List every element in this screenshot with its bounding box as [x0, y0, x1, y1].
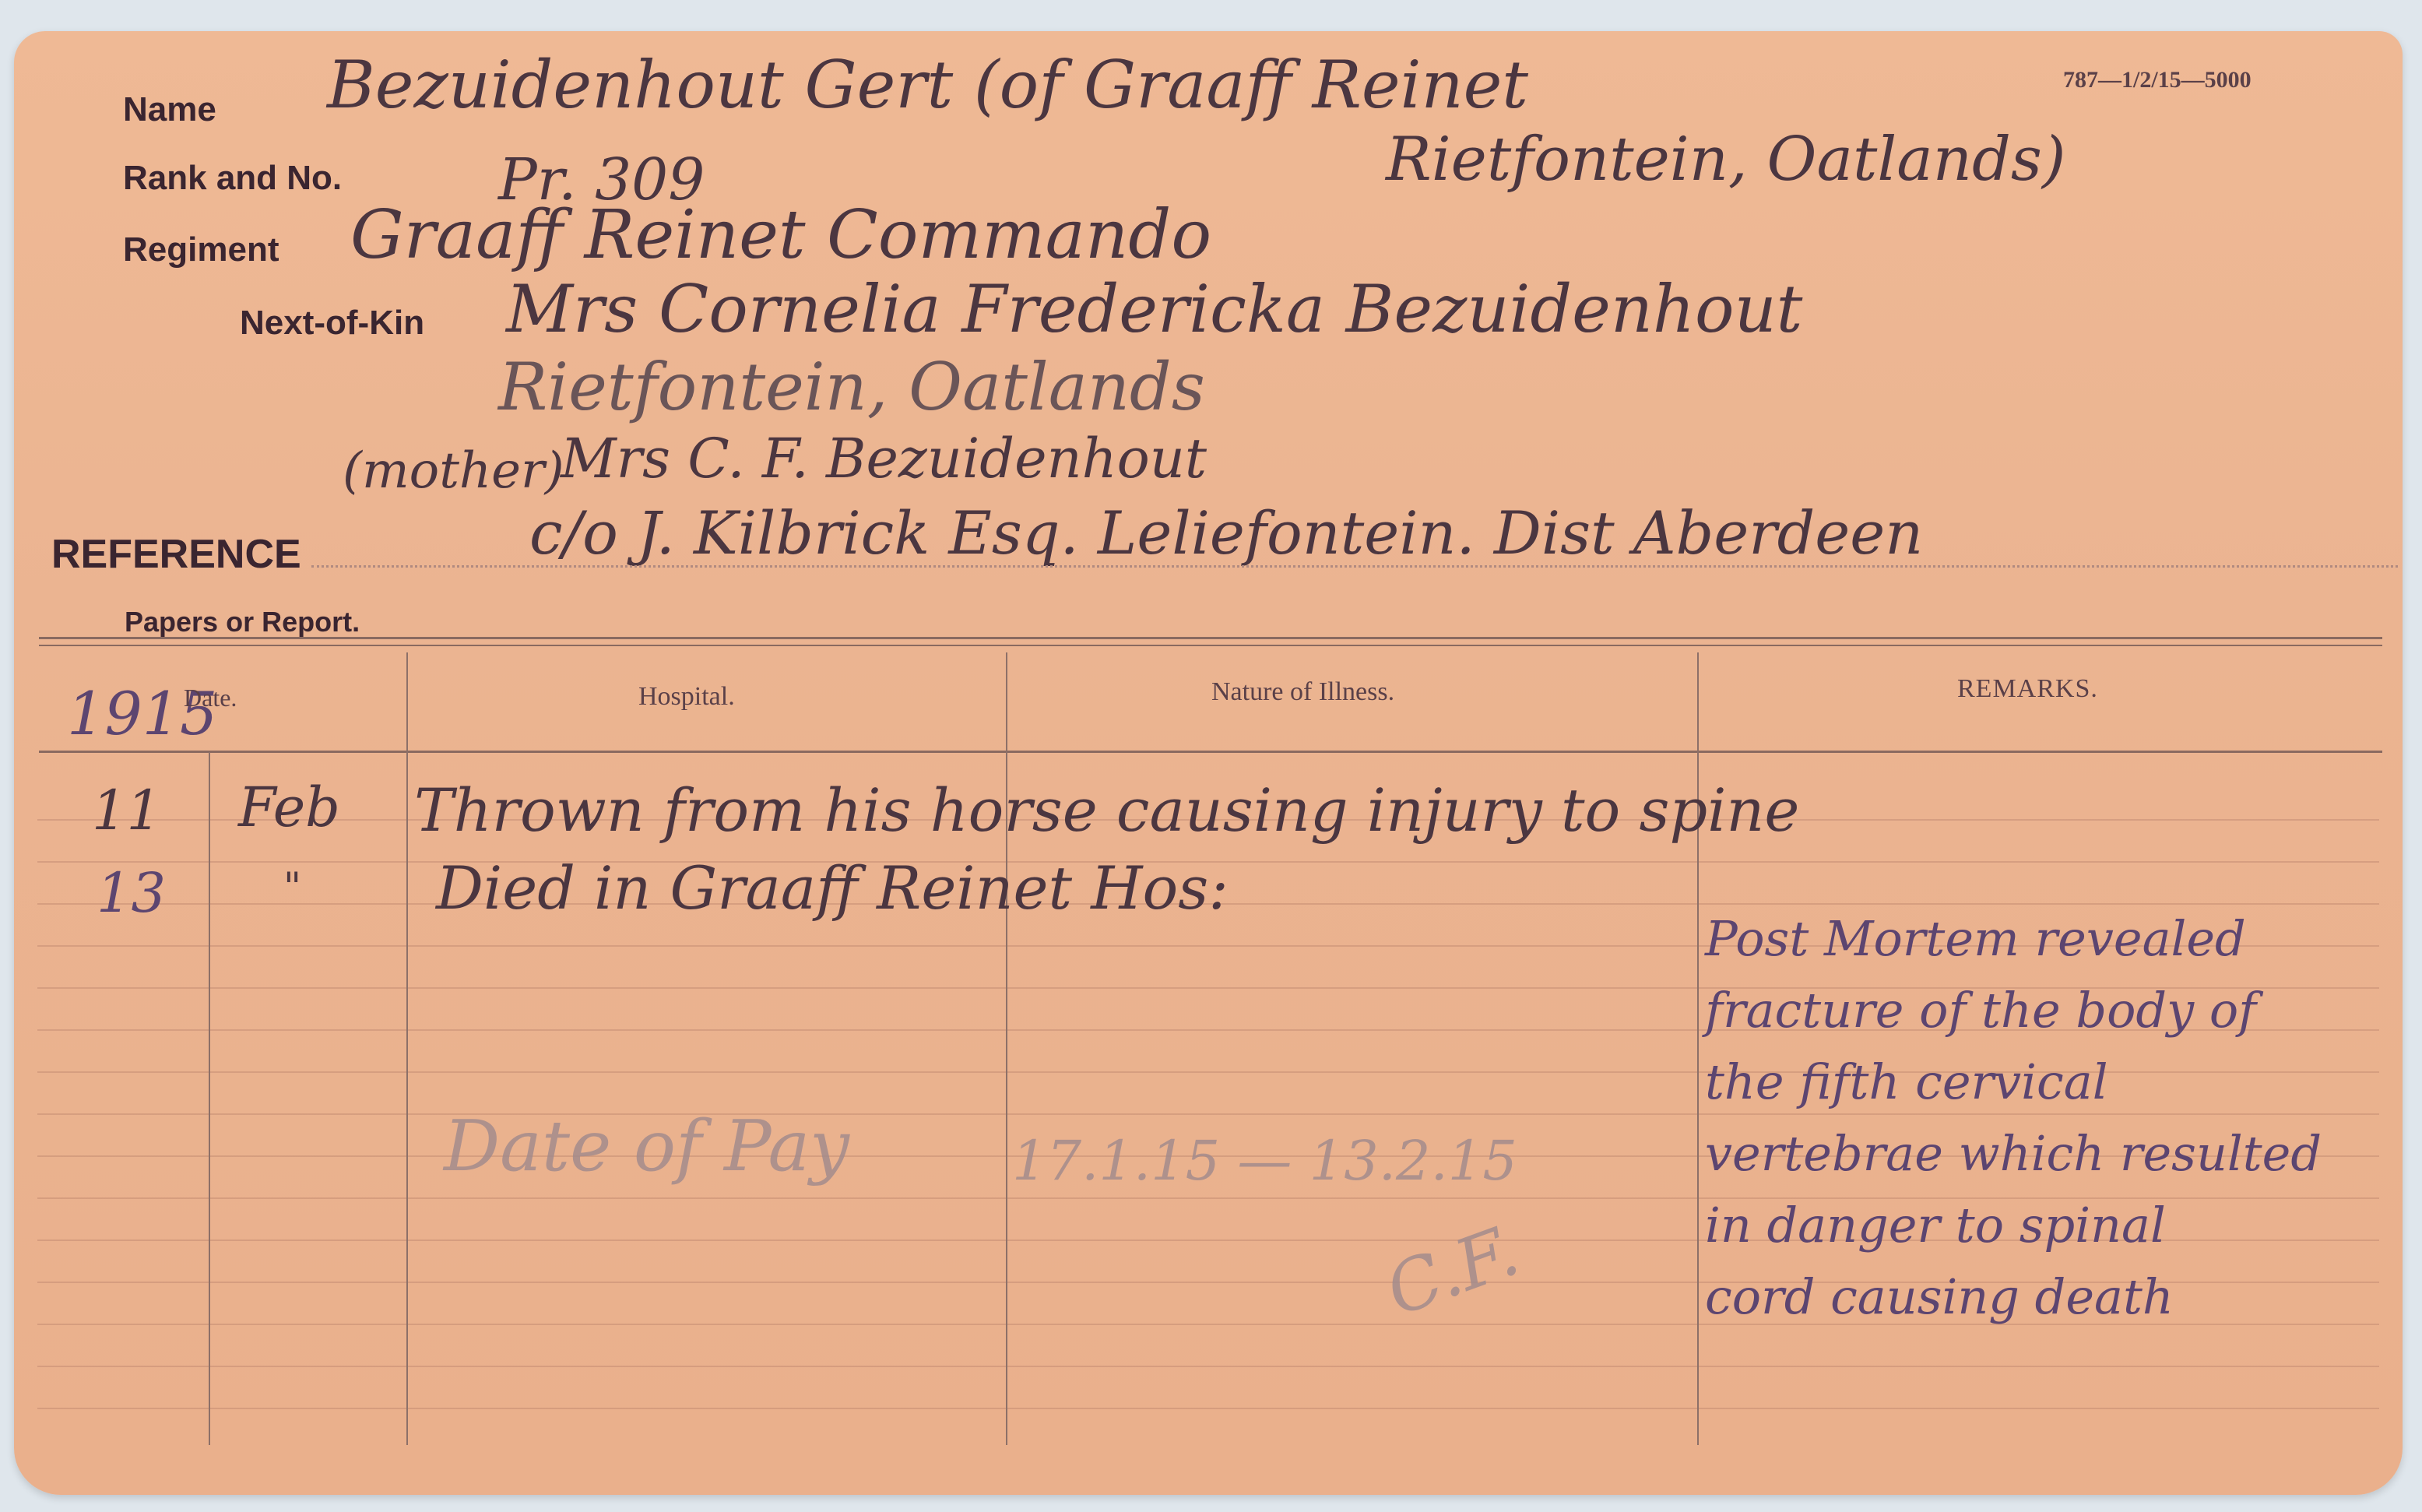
remarks-line: the fifth cervical [1705, 1046, 2322, 1118]
papers-or-report-label: Papers or Report. [125, 606, 360, 638]
row-text: Died in Graaff Reinet Hos: [436, 853, 1229, 923]
rank-label: Rank and No. [123, 159, 342, 198]
row-month: " [283, 864, 301, 909]
header-bottom-rule [39, 751, 2382, 753]
pencil-date-of-pay-range: 17.1.15 — 13.2.15 [1012, 1129, 1517, 1193]
remarks-line: fracture of the body of [1705, 975, 2322, 1046]
row-month: Feb [238, 775, 340, 839]
col-nature-remarks-divider [1697, 652, 1699, 1445]
regiment-label: Regiment [123, 230, 279, 269]
remarks-line: in danger to spinal [1705, 1190, 2322, 1261]
next-of-kin-value-line3: Mrs C. F. Bezuidenhout [561, 427, 1207, 491]
header-nature-of-illness: Nature of Illness. [1211, 677, 1394, 707]
reference-dotted-rule [311, 565, 2398, 568]
row-text: Thrown from his horse causing injury to … [414, 775, 1799, 845]
table-top-rule [39, 637, 2382, 639]
form-code: 787—1/2/15—5000 [2063, 67, 2252, 93]
remarks-line: Post Mortem revealed [1705, 903, 2322, 975]
col-hospital-nature-divider [1006, 652, 1007, 1445]
name-value-line1: Bezuidenhout Gert (of Graaff Reinet [327, 47, 1528, 123]
next-of-kin-value-line2: Rietfontein, Oatlands [498, 349, 1205, 425]
next-of-kin-value-line1: Mrs Cornelia Fredericka Bezuidenhout [506, 271, 1802, 347]
name-value-line2: Rietfontein, Oatlands) [1386, 125, 2065, 195]
remarks-text: Post Mortem revealed fracture of the bod… [1705, 903, 2322, 1333]
row-day: 13 [97, 861, 166, 925]
table-top-rule-double [39, 645, 2382, 646]
header-remarks: REMARKS. [1957, 674, 2098, 704]
col-day-month-divider [209, 752, 210, 1445]
regiment-value: Graaff Reinet Commando [350, 196, 1211, 274]
remarks-line: vertebrae which resulted [1705, 1118, 2322, 1190]
next-of-kin-label: Next-of-Kin [240, 304, 424, 343]
header-hospital: Hospital. [638, 682, 735, 712]
remarks-line: cord causing death [1705, 1261, 2322, 1333]
pencil-date-of-pay-label: Date of Pay [444, 1106, 849, 1187]
col-date-hospital-divider [406, 652, 408, 1445]
header-date: Date. [184, 684, 237, 712]
reference-value: c/o J. Kilbrick Esq. Leliefontein. Dist … [529, 498, 1923, 568]
name-label: Name [123, 90, 216, 129]
row-day: 11 [92, 779, 161, 842]
next-of-kin-relation: (mother) [343, 442, 564, 500]
reference-label: REFERENCE [51, 531, 301, 578]
